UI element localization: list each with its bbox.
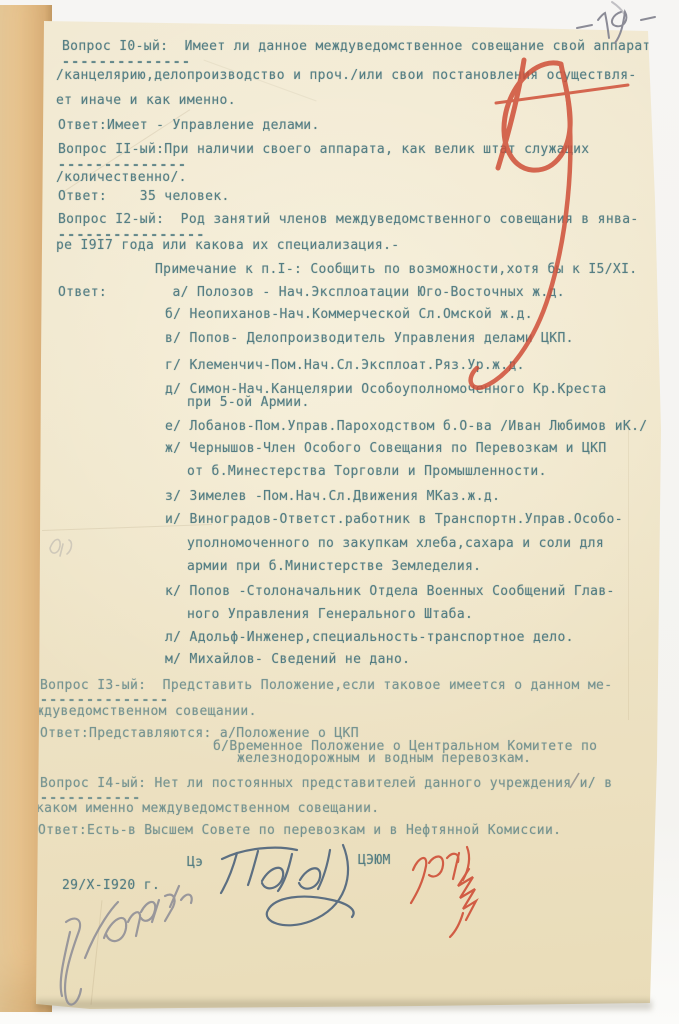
typed-line: ного Управления Генерального Штаба. [187,608,473,622]
typed-line: б/ Неопиханов-Нач.Коммерческой Сл.Омской… [165,308,533,322]
document-page: Вопрос I0-ый: Имеет ли данное междуведом… [0,0,679,1024]
typed-line: Ответ: а/ Полозов - Нач.Эксплоатации Юго… [58,286,565,300]
typed-line: к/ Попов -Столоначальник Отдела Военных … [165,585,615,599]
typed-line: Примечание к п.I-: Сообщить по возможнос… [155,263,637,277]
typed-line: Вопрос I0-ый: Имеет ли данное междуведом… [62,40,651,54]
typed-line: ждуведомственном совещании. [36,705,257,719]
typed-line: Ответ:Есть-в Высшем Совете по перевозкам… [38,824,561,838]
typed-line: Вопрос I2-ый: Род занятий членов междуве… [58,213,639,227]
typed-line: 29/X-I920 г. [62,879,160,893]
typed-line: л/ Адольф-Инженер,специальность-транспор… [165,631,574,645]
typed-line: е/ Лобанов-Пом.Управ.Пароходством б.О-ва… [165,420,647,434]
typed-line: Ответ: 35 человек. [58,190,230,204]
typed-line: з/ Зимелев -Пом.Нач.Сл.Движения МКаз.ж.д… [165,490,500,504]
typed-line: ре I9I7 года или какова их специализация… [56,239,399,253]
page-bottom-shadow [36,1000,652,1010]
typed-line: /канцелярию,делопроизводство и проч./или… [56,69,637,83]
typed-line: ЦЭЮМ [358,854,391,868]
typed-line: Ответ:Имеет - Управление делами. [58,119,320,133]
typed-line: армии при б.Министерстве Земледелия. [187,560,481,574]
typed-line: г/ Клеменчич-Пом.Нач.Сл.Эксплоат.Ряз.Ур.… [165,359,525,373]
typed-line: /количественно/. [56,171,187,185]
typed-line: и/ Виноградов-Ответст.работник в Транспо… [165,513,623,527]
typed-line: Цэ [187,856,203,870]
typed-line: уполномоченного по закупкам хлеба,сахара… [187,537,604,551]
typed-line: железнодорожным и водным перевозкам. [237,752,531,766]
typed-line: ет иначе и как именно. [56,94,236,108]
typed-line: Вопрос II-ый:При наличии своего аппарата… [58,143,589,157]
typed-line: при 5-ой Армии. [187,396,310,410]
typed-line: Вопрос I4-ый: Нет ли постоянных представ… [40,777,612,791]
typed-line: Вопрос I3-ый: Представить Положение,если… [40,679,612,693]
typed-line: от б.Минестерства Торговли и Промышленно… [187,465,547,479]
typed-line: м/ Михайлов- Сведений не дано. [165,653,410,667]
typed-line: ж/ Чернышов-Член Особого Совещания по Пе… [165,442,607,456]
typed-text-layer: Вопрос I0-ый: Имеет ли данное междуведом… [0,0,679,1024]
typed-line: в/ Попов- Делопроизводитель Управления д… [165,332,574,346]
typed-line: каком именно междуведомственном совещани… [36,802,379,816]
